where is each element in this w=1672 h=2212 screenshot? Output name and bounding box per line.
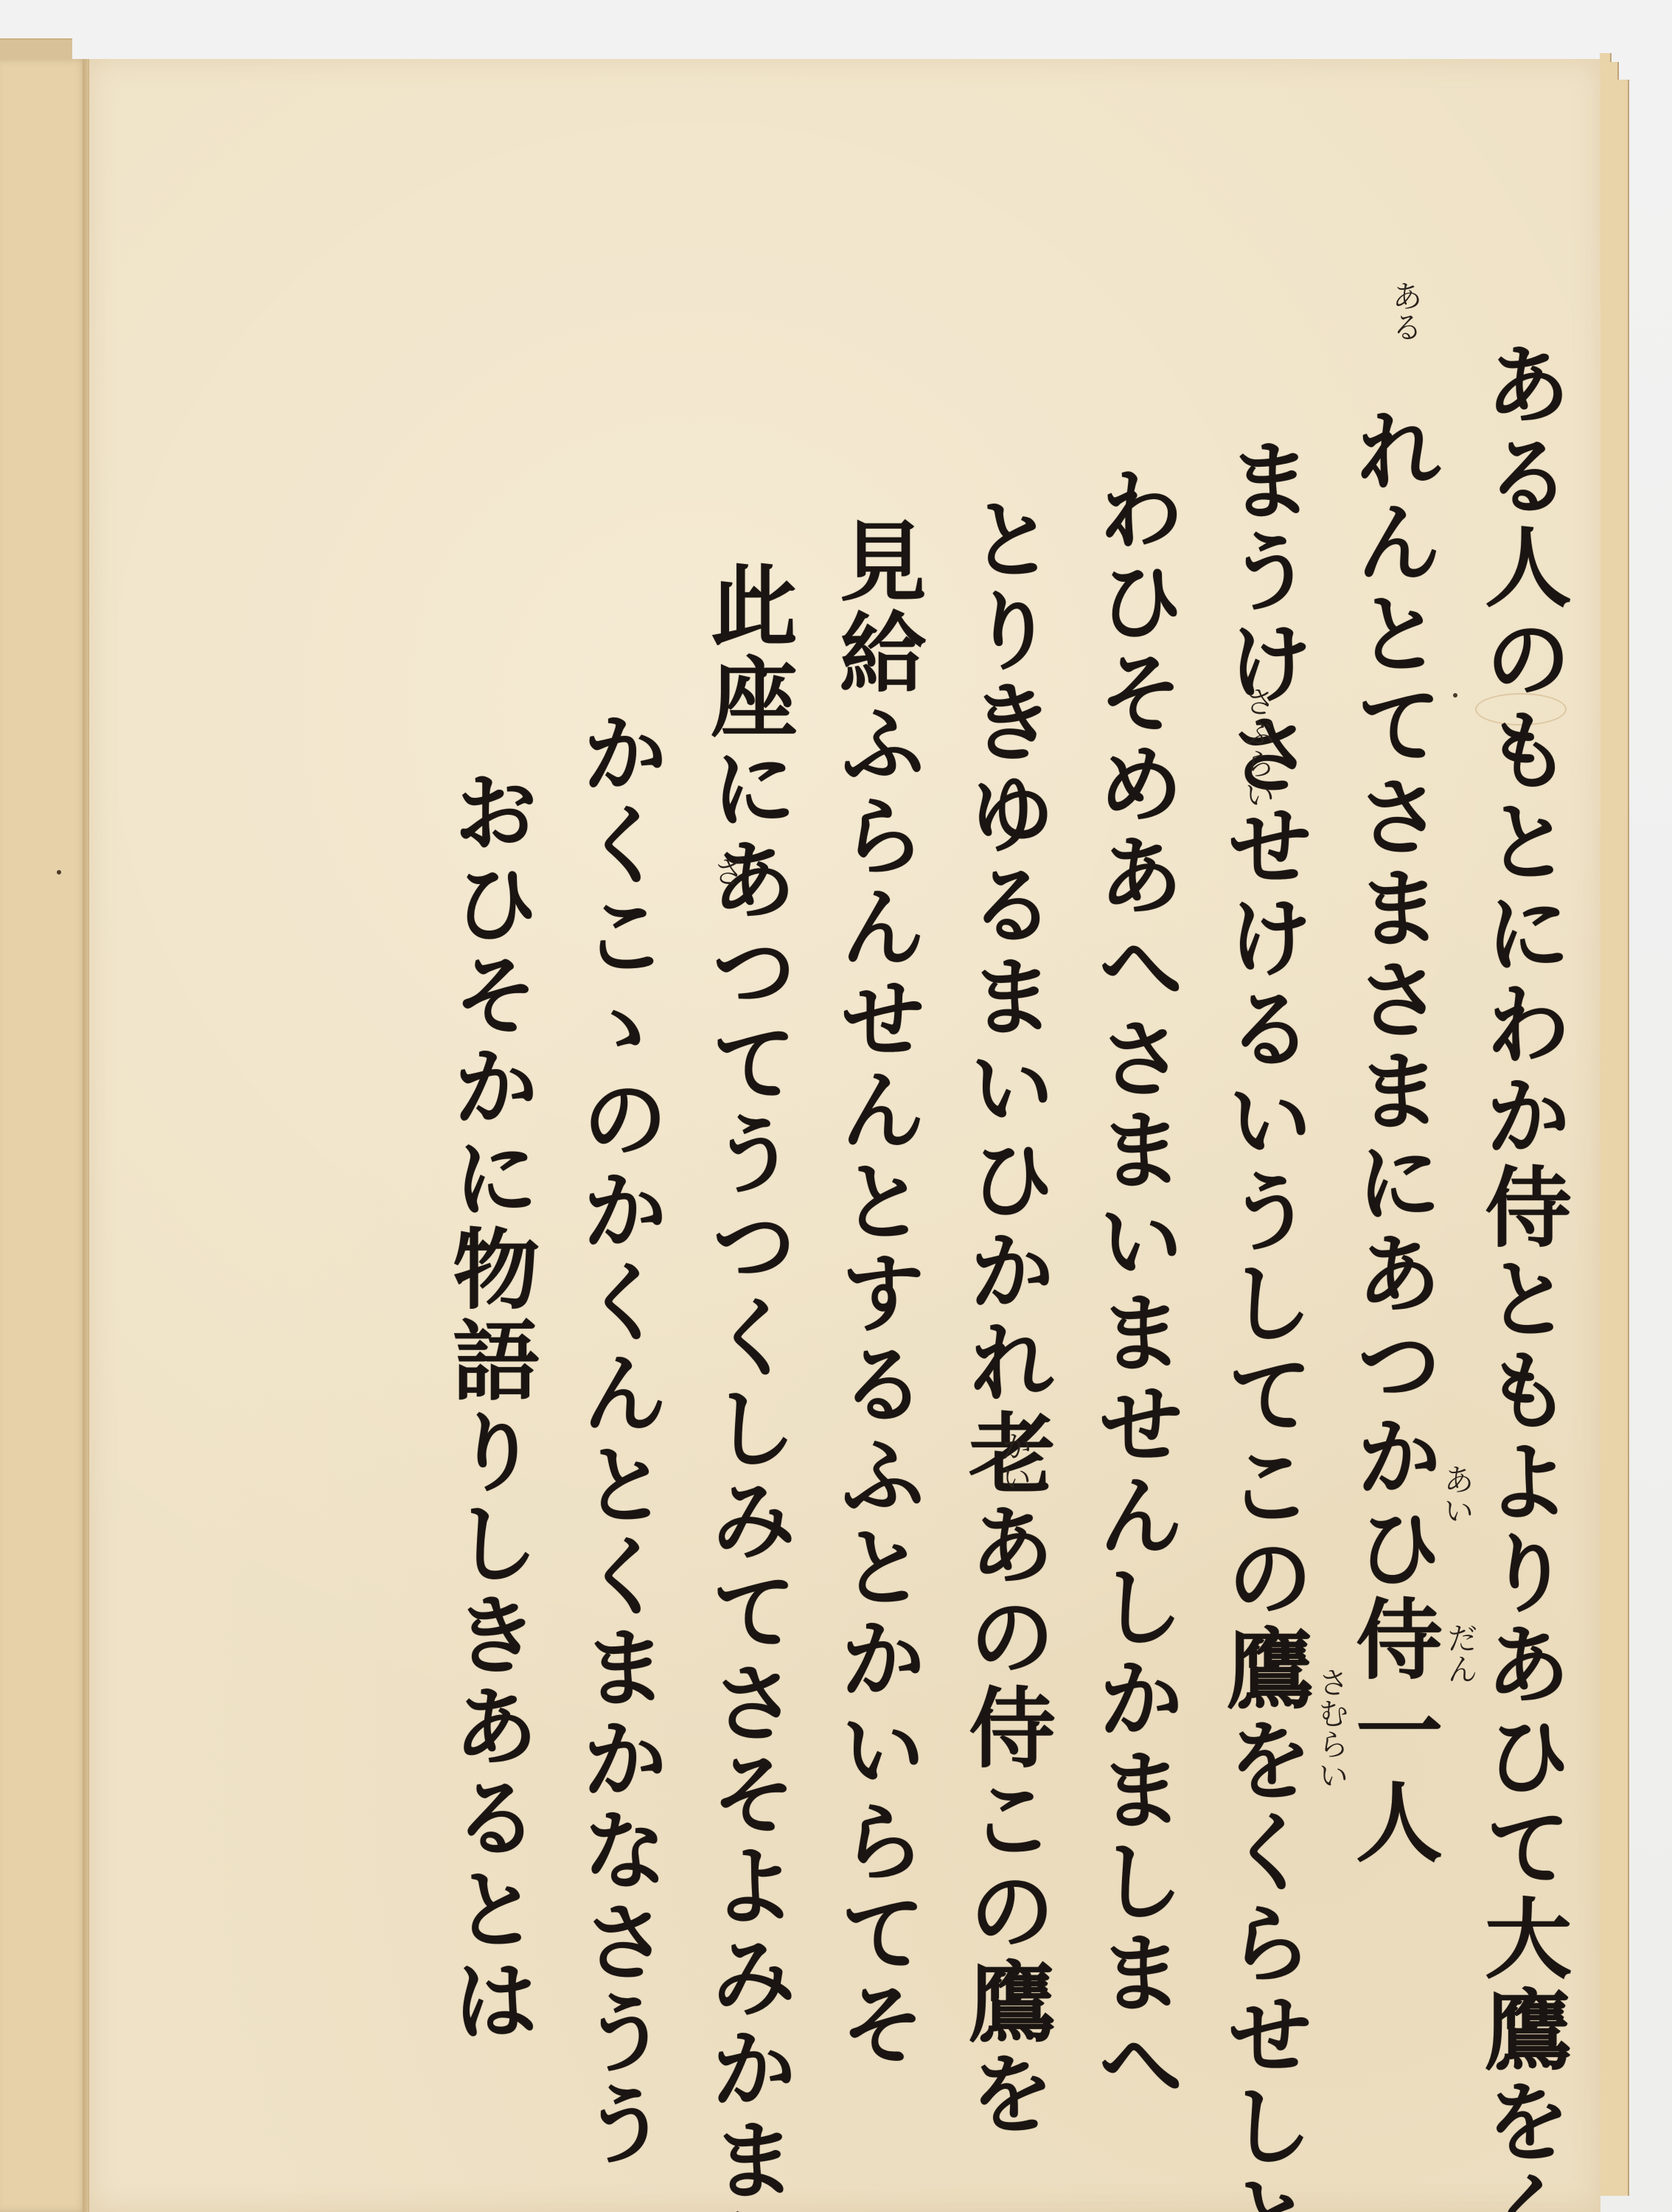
text-column-8: かくこゝのかくんとくまかなさうう [554,339,683,1998]
left-page-edge [0,59,87,2212]
text-column-4: わひそめあへさまいませんしかましまへ [1070,339,1199,1998]
text-column-7: 此座にあつてうつくしみてさそよみかまり [683,339,812,1998]
text-column-5: とりきゆるまいひかれ老あの侍この鷹を [941,339,1070,1998]
furigana-aru: ある [1383,280,1427,342]
calligraphy-text-block: ある人のもとにわか侍ともよりあひて大鷹をく れんとてさまさまにあつかひ侍一人 ま… [406,339,1586,1998]
text-column-3: まうけさせけるいうしてこの鷹をくらせしとれ [1199,339,1328,1998]
text-column-9: おひそかに物語りしきあるとは [425,339,554,1998]
ink-spot [57,870,61,874]
furigana-za: ざ [705,855,749,886]
furigana-kai: かい [992,1430,1037,1492]
furigana-samurai: さむらい [1309,1666,1354,1790]
page-leaf [1617,80,1629,2196]
manuscript-page: ある人のもとにわか侍ともよりあひて大鷹をく れんとてさまさまにあつかひ侍一人 ま… [88,59,1600,2212]
text-column-1: ある人のもとにわか侍ともよりあひて大鷹をく [1457,339,1586,1998]
furigana-dan: だん [1438,1622,1483,1684]
furigana-saburai: さぶらい [1236,686,1280,810]
page-stack-edges [1600,58,1629,2196]
furigana-ai: あい [1435,1464,1479,1526]
text-column-6: 見給ふらんせんとするふとかいらてそ [812,339,941,1998]
